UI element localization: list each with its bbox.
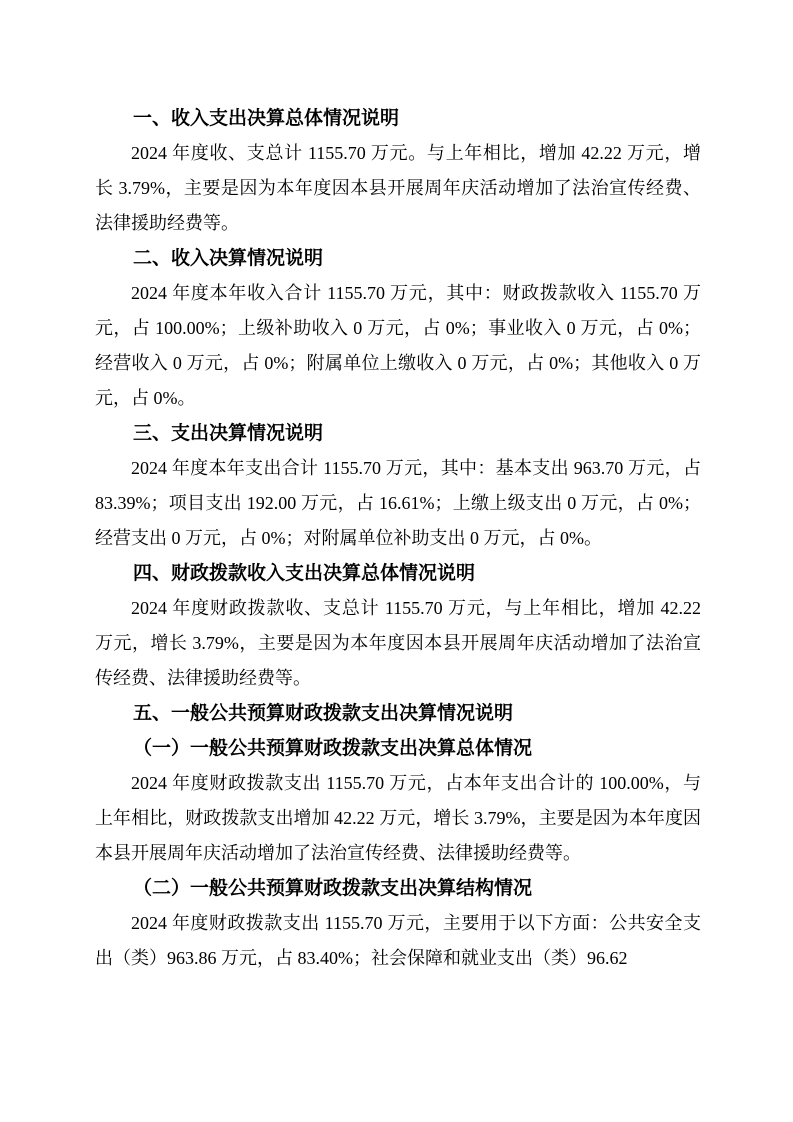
- section-1-paragraph: 2024 年度收、支总计 1155.70 万元。与上年相比，增加 42.22 万…: [95, 136, 701, 241]
- section-2-paragraph: 2024 年度本年收入合计 1155.70 万元，其中：财政拨款收入 1155.…: [95, 276, 701, 416]
- document-content: 一、收入支出决算总体情况说明 2024 年度收、支总计 1155.70 万元。与…: [95, 101, 701, 976]
- section-5-heading: 五、一般公共预算财政拨款支出决算情况说明: [95, 696, 701, 731]
- section-4-heading: 四、财政拨款收入支出决算总体情况说明: [95, 556, 701, 591]
- section-5-subsection-2-heading: （二）一般公共预算财政拨款支出决算结构情况: [95, 871, 701, 906]
- section-5-subsection-1-heading: （一）一般公共预算财政拨款支出决算总体情况: [95, 731, 701, 766]
- section-3-heading: 三、支出决算情况说明: [95, 416, 701, 451]
- section-5-subsection-2-paragraph: 2024 年度财政拨款支出 1155.70 万元，主要用于以下方面：公共安全支出…: [95, 906, 701, 976]
- section-2-heading: 二、收入决算情况说明: [95, 241, 701, 276]
- section-5-subsection-1-paragraph: 2024 年度财政拨款支出 1155.70 万元，占本年支出合计的 100.00…: [95, 766, 701, 871]
- section-4-paragraph: 2024 年度财政拨款收、支总计 1155.70 万元，与上年相比，增加 42.…: [95, 591, 701, 696]
- document-page: 一、收入支出决算总体情况说明 2024 年度收、支总计 1155.70 万元。与…: [0, 0, 793, 1122]
- section-3-paragraph: 2024 年度本年支出合计 1155.70 万元，其中：基本支出 963.70 …: [95, 451, 701, 556]
- section-1-heading: 一、收入支出决算总体情况说明: [95, 101, 701, 136]
